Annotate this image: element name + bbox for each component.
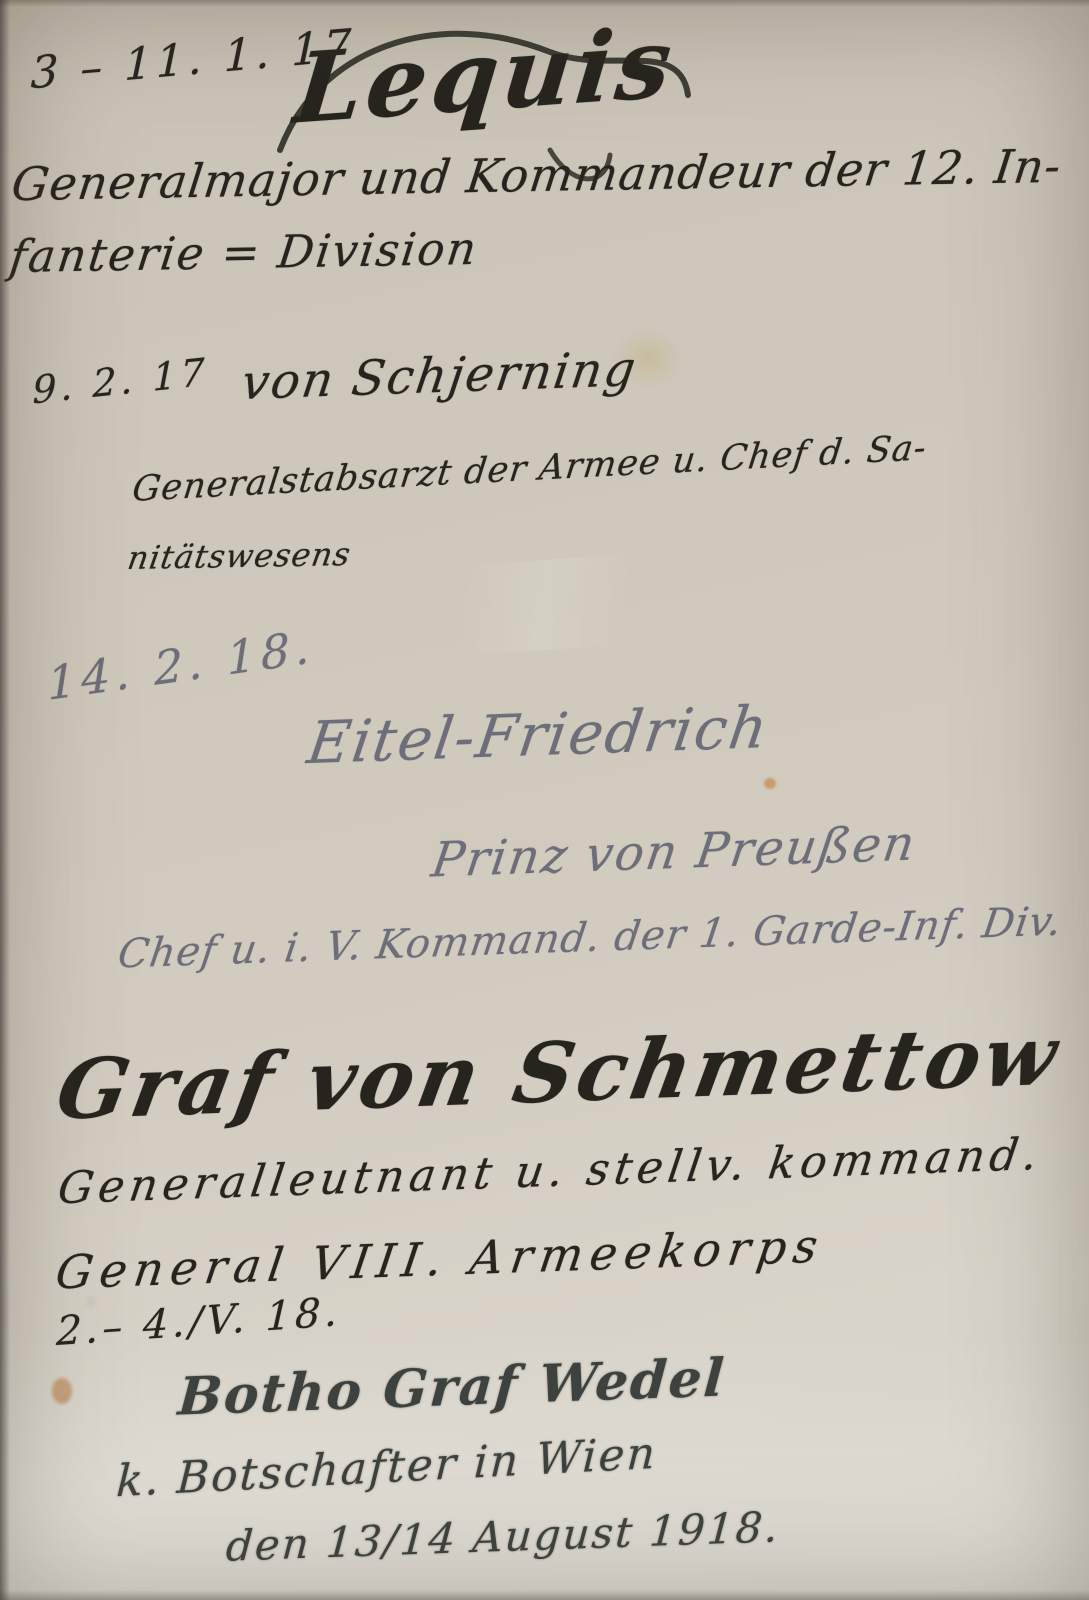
entry-schjerning-role-line2: nitätswesens [125, 538, 353, 574]
entry-schmettow-role-line1: Generalleutnant u. stellv. kommand. [55, 1133, 1045, 1212]
photo-edge-left [0, 0, 10, 1600]
entry-eitel-signature: Eitel-Friedrich [304, 698, 773, 772]
entry-eitel-title-line: Prinz von Preußen [429, 819, 920, 884]
paper-stain [764, 778, 776, 789]
entry-lequis-role-line1: Generalmajor und Kommandeur der 12. In- [9, 143, 1064, 207]
entry-lequis-role-line2: fanterie = Division [7, 226, 480, 279]
paper-stain [52, 1378, 72, 1404]
entry-schmettow-role-line2: General VIII. Armeekorps [53, 1222, 827, 1295]
entry-eitel-role-line: Chef u. i. V. Kommand. der 1. Garde-Inf.… [115, 901, 1064, 974]
entry-schmettow-signature: Graf von Schmettow [51, 1014, 1066, 1132]
entry-schjerning-signature: von Schjerning [239, 345, 641, 407]
guestbook-page: 3 – 11. 1. 17 Lequis Generalmajor und Ko… [0, 0, 1089, 1600]
photo-edge-top [0, 0, 1089, 7]
entry-schjerning-date: 9. 2. 17 [32, 353, 208, 410]
entry-schjerning-role-line1: Generalstabsarzt der Armee u. Chef d. Sa… [130, 431, 928, 508]
photo-edge-bottom [0, 1590, 1089, 1600]
entry-lequis-signature: Lequis [290, 14, 679, 137]
